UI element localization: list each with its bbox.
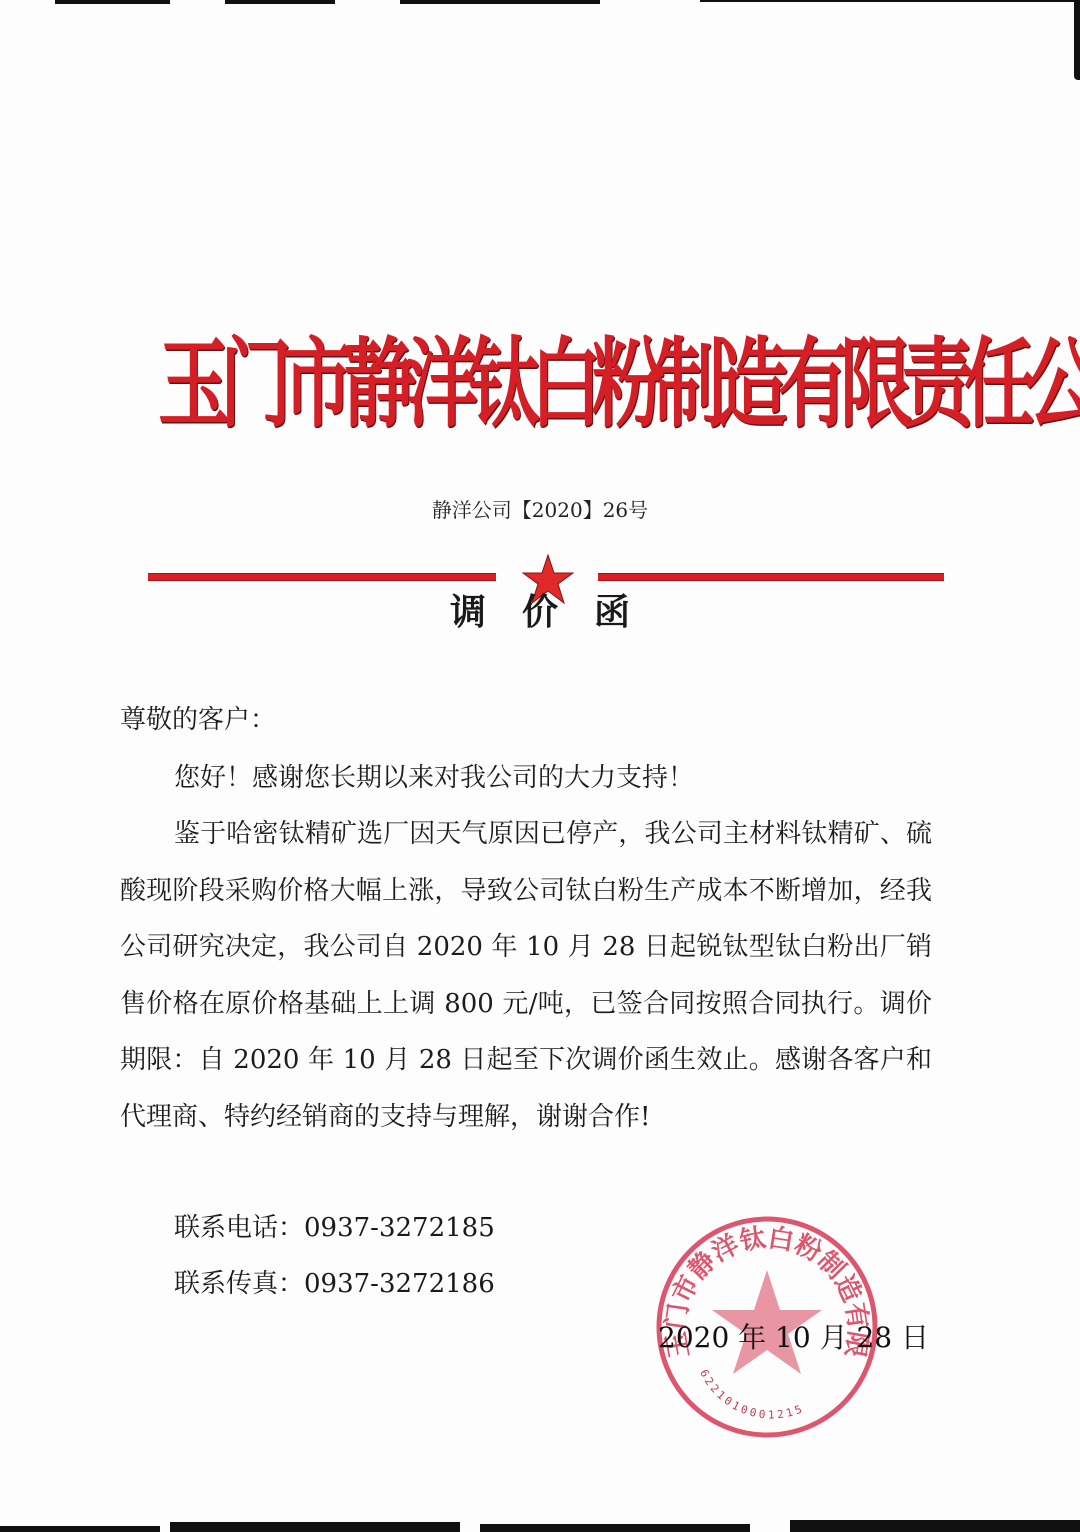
red-rule-left	[148, 573, 496, 581]
masthead-title: 玉门市静洋钛白粉制造有限责任公司文件	[158, 308, 938, 459]
contact-phone: 联系电话：0937-3272185	[174, 1208, 495, 1248]
red-rule-right	[598, 573, 944, 581]
phone-number: 0937-3272185	[304, 1213, 495, 1243]
scan-edge-top	[0, 0, 1080, 6]
letter-title: 调价函	[0, 584, 1080, 635]
document-number: 静洋公司【2020】26号	[0, 494, 1080, 523]
scan-edge-bottom	[0, 1518, 1080, 1532]
svg-text:6221010001215: 6221010001215	[697, 1367, 806, 1421]
main-paragraph: 鉴于哈密钛精矿选厂因天气原因已停产，我公司主材料钛精矿、硫酸现阶段采购价格大幅上…	[120, 806, 932, 1145]
fax-label: 联系传真：	[174, 1269, 304, 1299]
salutation: 尊敬的客户：	[120, 692, 940, 748]
contact-fax: 联系传真：0937-3272186	[174, 1264, 495, 1304]
fax-number: 0937-3272186	[304, 1269, 495, 1299]
scan-edge-right	[1074, 0, 1080, 80]
issue-date: 2020 年 10 月 28 日	[658, 1318, 929, 1358]
phone-label: 联系电话：	[174, 1213, 304, 1243]
greeting-paragraph: 您好！感谢您长期以来对我公司的大力支持！	[120, 750, 932, 806]
